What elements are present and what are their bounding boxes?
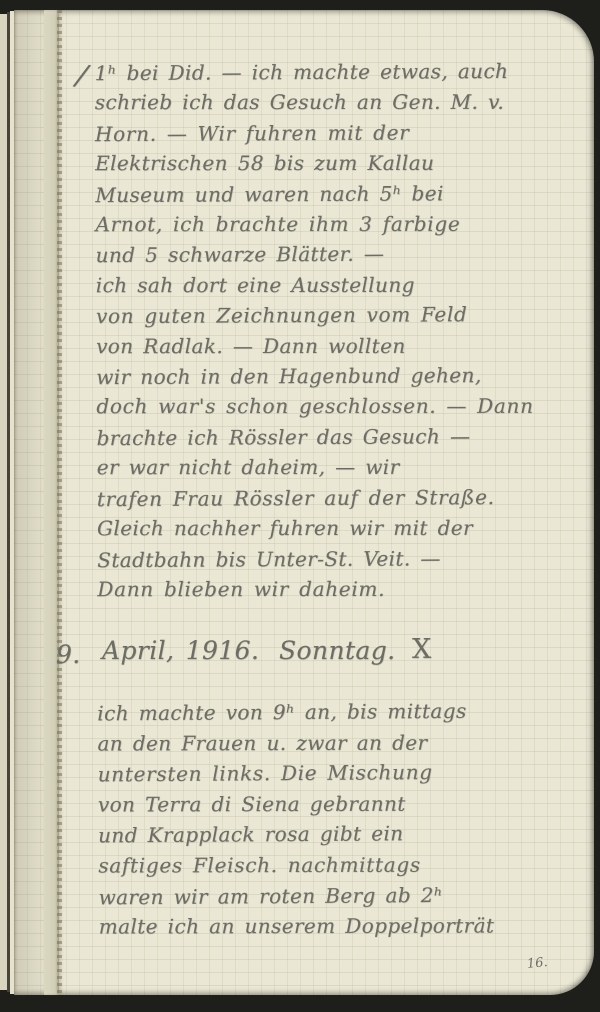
handwritten-line: Horn. — Wir fuhren mit der (95, 117, 532, 150)
handwritten-line: Dann blieben wir daheim. (97, 574, 534, 605)
handwritten-line: Stadtbahn bis Unter-St. Veit. — (97, 542, 534, 575)
handwritten-line: ich machte von 9ʰ an, bis mittags (97, 696, 493, 729)
diary-continuation-paragraph: 1ʰ bei Did. — ich machte etwas, auch sch… (95, 56, 535, 606)
handwritten-line: trafen Frau Rössler auf der Straße. (97, 482, 534, 515)
handwritten-line: von Terra di Siena gebrannt (98, 788, 494, 820)
handwritten-line: Arnot, ich brachte ihm 3 farbige (95, 209, 532, 240)
handwritten-line: und Krapplack rosa gibt ein (98, 818, 494, 851)
underlying-page-edge (0, 14, 7, 990)
entry-x-mark: X (412, 634, 432, 665)
diary-entry-paragraph: ich machte von 9ʰ an, bis mittags an den… (97, 696, 494, 944)
handwritten-line: 1ʰ bei Did. — ich machte etwas, auch (95, 56, 532, 89)
handwritten-line: an den Frauen u. zwar an der (97, 727, 493, 759)
handwritten-line: von guten Zeichnungen vom Feld (96, 299, 533, 332)
handwritten-line: Gleich nachher fuhren wir mit der (97, 513, 534, 544)
entry-day-number: 9. (56, 640, 81, 669)
handwritten-line: Museum und waren nach 5ʰ bei (95, 177, 532, 210)
margin-check-mark: / (74, 57, 90, 92)
handwritten-line: waren wir am roten Berg ab 2ʰ (98, 879, 494, 912)
handwritten-line: brachte ich Rössler das Gesuch — (96, 421, 533, 454)
torn-page-stub (44, 10, 59, 995)
page-number: 16. (527, 955, 549, 972)
notebook-scan: / 1ʰ bei Did. — ich machte etwas, auch s… (0, 0, 600, 1012)
handwritten-line: saftiges Fleisch. nachmittags (98, 849, 494, 881)
handwritten-line: von Radlak. — Dann wollten (96, 330, 533, 361)
handwritten-line: wir noch in den Hagenbund gehen, (96, 360, 533, 393)
entry-date: April, 1916. (102, 636, 259, 665)
handwritten-line: Elektrischen 58 bis zum Kallau (95, 148, 532, 179)
handwritten-line: er war nicht daheim, — wir (97, 452, 534, 483)
handwritten-line: malte ich an unserem Doppelporträt (99, 911, 495, 943)
handwritten-line: ich sah dort eine Ausstellung (96, 270, 533, 301)
entry-weekday: Sonntag. (279, 636, 395, 665)
handwritten-line: und 5 schwarze Blätter. — (96, 238, 533, 271)
notebook-page: / 1ʰ bei Did. — ich machte etwas, auch s… (14, 10, 594, 995)
handwritten-line: untersten links. Die Mischung (98, 757, 494, 790)
handwritten-line: doch war's schon geschlossen. — Dann (96, 391, 533, 422)
handwritten-line: schrieb ich das Gesuch an Gen. M. v. (95, 87, 532, 118)
